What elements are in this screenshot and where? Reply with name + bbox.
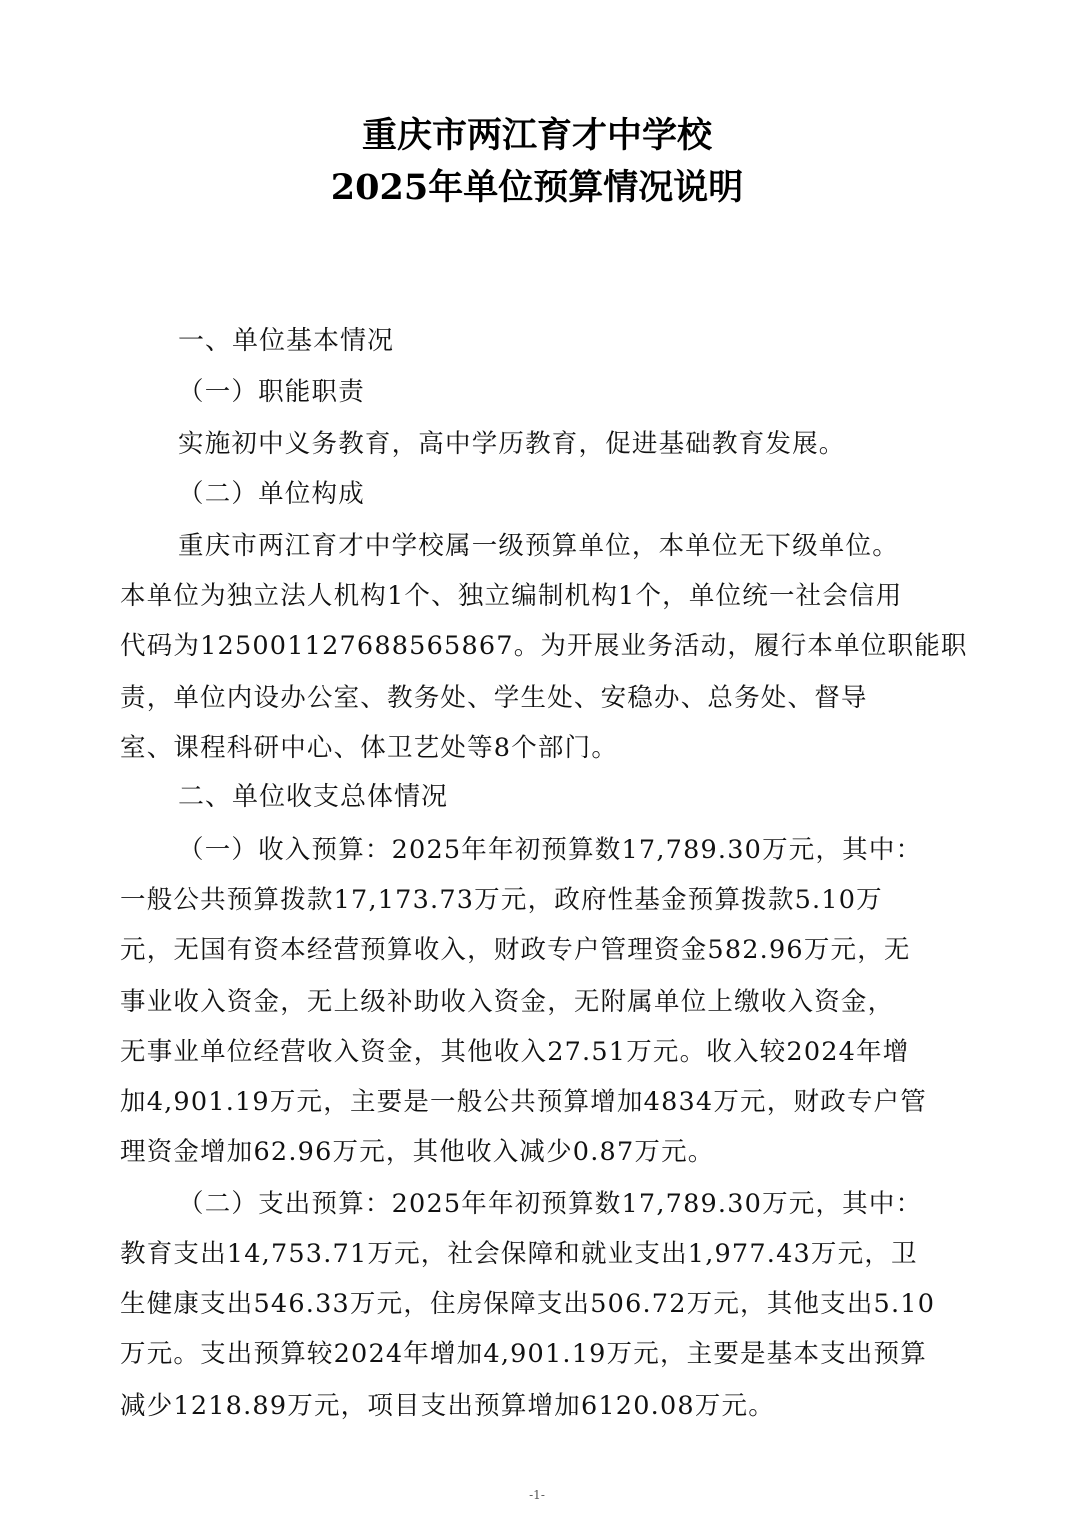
paragraph-line: 重庆市两江育才中学校属一级预算单位，本单位无下级单位。 (178, 526, 1018, 562)
paragraph-line: 室、课程科研中心、体卫艺处等8个部门。 (120, 728, 960, 764)
paragraph-line-income-budget: （一）收入预算：2025年年初预算数17,789.30万元，其中： (178, 830, 1018, 866)
paragraph-line: 万元。支出预算较2024年增加4,901.19万元，主要是基本支出预算 (120, 1334, 960, 1370)
paragraph-line: 理资金增加62.96万元，其他收入减少0.87万元。 (120, 1132, 960, 1168)
paragraph-line: 生健康支出546.33万元，住房保障支出506.72万元，其他支出5.10 (120, 1284, 960, 1320)
page-number: -1- (0, 1488, 1074, 1502)
paragraph-line: 元，无国有资本经营预算收入，财政专户管理资金582.96万元，无 (120, 930, 960, 966)
paragraph-line: 本单位为独立法人机构1个、独立编制机构1个，单位统一社会信用 (120, 576, 960, 612)
paragraph-line: 减少1218.89万元，项目支出预算增加6120.08万元。 (120, 1386, 960, 1422)
document-title-line1: 重庆市两江育才中学校 (0, 108, 1074, 158)
paragraph-line-expense-budget: （二）支出预算：2025年年初预算数17,789.30万元，其中： (178, 1184, 1018, 1220)
section-heading-basic-info: 一、单位基本情况 (178, 320, 394, 357)
paragraph-line: 一般公共预算拨款17,173.73万元，政府性基金预算拨款5.10万 (120, 880, 960, 916)
paragraph-line: 实施初中义务教育，高中学历教育，促进基础教育发展。 (178, 424, 1018, 460)
paragraph-line: 责，单位内设办公室、教务处、学生处、安稳办、总务处、督导 (120, 678, 960, 714)
subsection-heading-composition: （二）单位构成 (178, 474, 1018, 510)
paragraph-line: 代码为12500112768856586​7。为开展业务活动，履行本单位职能职 (120, 626, 960, 662)
document-title-line2: 2025年单位预算情况说明 (0, 160, 1074, 210)
section-heading-income-expense: 二、单位收支总体情况 (178, 776, 448, 813)
paragraph-line: 加4,901.19万元，主要是一般公共预算增加4834万元，财政专户管 (120, 1082, 960, 1118)
subsection-heading-duties: （一）职能职责 (178, 372, 1018, 408)
paragraph-line: 事业收入资金，无上级补助收入资金，无附属单位上缴收入资金， (120, 982, 960, 1018)
paragraph-line: 无事业单位经营收入资金，其他收入27.51万元。收入较2024年增 (120, 1032, 960, 1068)
paragraph-line: 教育支出14,753.71万元，社会保障和就业支出1,977.43万元，卫 (120, 1234, 960, 1270)
